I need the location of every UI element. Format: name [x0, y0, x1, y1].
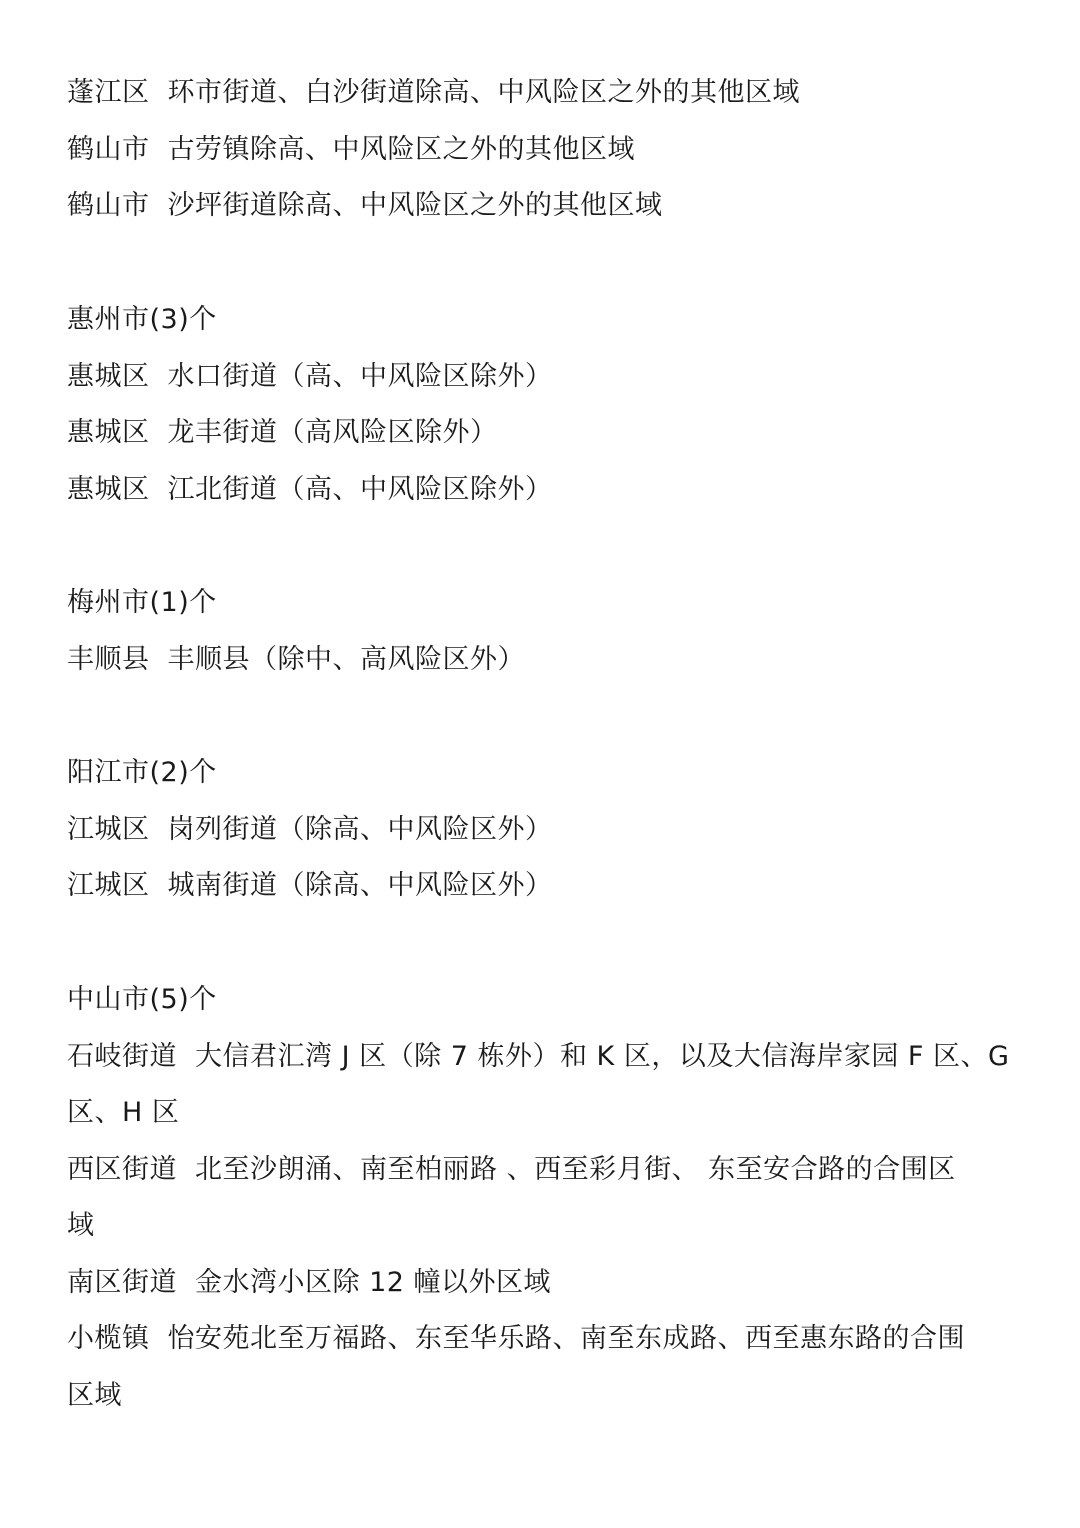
- list-item: 南区街道金水湾小区除 12 幢以外区域: [67, 1263, 1027, 1303]
- list-item-continuation: 区、H 区: [67, 1093, 1027, 1133]
- section-heading-yangjiang: 阳江市(2)个: [67, 753, 1027, 793]
- district-name: 蓬江区: [67, 73, 150, 113]
- list-item: 小榄镇怡安苑北至万福路、东至华乐路、南至东成路、西至惠东路的合围: [67, 1319, 1027, 1359]
- list-item: 鹤山市古劳镇除高、中风险区之外的其他区域: [67, 130, 1027, 170]
- list-item: 蓬江区环市街道、白沙街道除高、中风险区之外的其他区域: [67, 73, 1027, 113]
- district-name: 惠城区: [67, 413, 150, 453]
- list-item: 江城区岗列街道（除高、中风险区外）: [67, 810, 1027, 850]
- district-name: 南区街道: [67, 1263, 177, 1303]
- list-item-continuation: 域: [67, 1206, 1027, 1246]
- district-name: 江城区: [67, 810, 150, 850]
- list-item: 惠城区龙丰街道（高风险区除外）: [67, 413, 1027, 453]
- district-name: 鹤山市: [67, 186, 150, 226]
- area-description: 城南街道（除高、中风险区外）: [168, 870, 553, 901]
- list-item: 石岐街道大信君汇湾 J 区（除 7 栋外）和 K 区，以及大信海岸家园 F 区、…: [67, 1037, 1027, 1077]
- area-description: 丰顺县（除中、高风险区外）: [168, 644, 526, 675]
- area-description: 沙坪街道除高、中风险区之外的其他区域: [168, 190, 663, 221]
- district-name: 惠城区: [67, 357, 150, 397]
- district-name: 小榄镇: [67, 1319, 150, 1359]
- district-name: 鹤山市: [67, 130, 150, 170]
- district-name: 江城区: [67, 866, 150, 906]
- list-item: 江城区城南街道（除高、中风险区外）: [67, 866, 1027, 906]
- section-heading-meizhou: 梅州市(1)个: [67, 583, 1027, 623]
- area-description: 环市街道、白沙街道除高、中风险区之外的其他区域: [168, 77, 801, 108]
- section-heading-huizhou: 惠州市(3)个: [67, 300, 1027, 340]
- list-item: 鹤山市沙坪街道除高、中风险区之外的其他区域: [67, 186, 1027, 226]
- area-description: 古劳镇除高、中风险区之外的其他区域: [168, 134, 636, 165]
- area-description: 岗列街道（除高、中风险区外）: [168, 814, 553, 845]
- document-page: 蓬江区环市街道、白沙街道除高、中风险区之外的其他区域 鹤山市古劳镇除高、中风险区…: [0, 0, 1080, 1528]
- district-name: 惠城区: [67, 470, 150, 510]
- list-item: 丰顺县丰顺县（除中、高风险区外）: [67, 640, 1027, 680]
- area-description: 江北街道（高、中风险区除外）: [168, 474, 553, 505]
- area-description: 大信君汇湾 J 区（除 7 栋外）和 K 区，以及大信海岸家园 F 区、G: [195, 1041, 1009, 1072]
- district-name: 石岐街道: [67, 1037, 177, 1077]
- section-heading-zhongshan: 中山市(5)个: [67, 980, 1027, 1020]
- area-description: 北至沙朗涌、南至柏丽路 、西至彩月街、 东至安合路的合围区: [195, 1154, 956, 1185]
- list-item: 惠城区江北街道（高、中风险区除外）: [67, 470, 1027, 510]
- area-description: 水口街道（高、中风险区除外）: [168, 361, 553, 392]
- area-description: 金水湾小区除 12 幢以外区域: [195, 1267, 551, 1298]
- district-name: 丰顺县: [67, 640, 150, 680]
- area-description: 怡安苑北至万福路、东至华乐路、南至东成路、西至惠东路的合围: [168, 1323, 966, 1354]
- list-item: 惠城区水口街道（高、中风险区除外）: [67, 357, 1027, 397]
- district-name: 西区街道: [67, 1150, 177, 1190]
- area-description: 龙丰街道（高风险区除外）: [168, 417, 498, 448]
- list-item-continuation: 区域: [67, 1376, 1027, 1416]
- list-item: 西区街道北至沙朗涌、南至柏丽路 、西至彩月街、 东至安合路的合围区: [67, 1150, 1027, 1190]
